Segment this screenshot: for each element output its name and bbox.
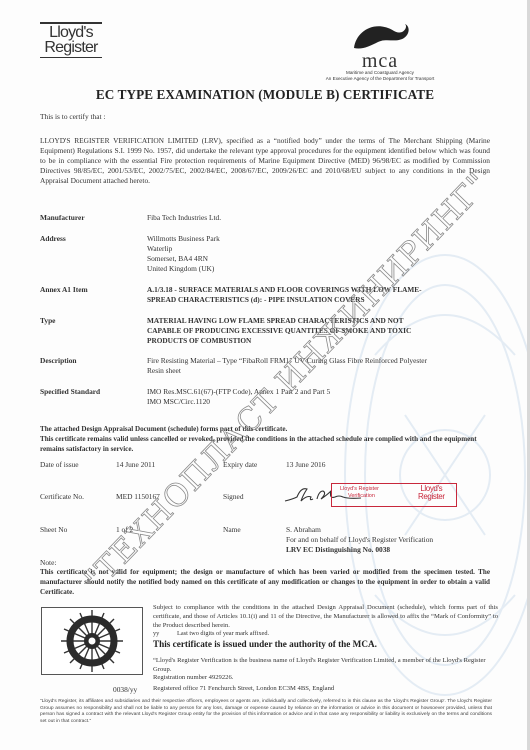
annex-label: Annex A1 Item (40, 285, 88, 294)
expiry-date-label: Expiry date (223, 460, 257, 469)
authority-statement: This certificate is issued under the aut… (153, 639, 377, 649)
intro-paragraph: LLOYD'S REGISTER VERIFICATION LIMITED (L… (40, 136, 490, 186)
manufacturer-value: Fiba Tech Industries Ltd. (147, 213, 497, 223)
mca-logo: mca Maritime and Coastguard Agency An Ex… (300, 20, 460, 82)
address-value: Willmotts Business Park Waterlip Somerse… (147, 234, 497, 274)
certificate-title: EC TYPE EXAMINATION (MODULE B) CERTIFICA… (0, 87, 530, 103)
registration-number: Registration number 4929226. (153, 674, 233, 681)
name-label: Name (223, 525, 241, 534)
yy-label: yy (153, 630, 159, 637)
expiry-date-value: 13 June 2016 (286, 460, 325, 469)
signature-and-stamp: Lloyd's Register Verification Lloyd's Re… (283, 481, 458, 511)
disclaimer: “Lloyd's Register, its affiliates and su… (40, 699, 492, 725)
stamp-logo: Lloyd's Register (418, 485, 445, 501)
note-label: Note: (40, 558, 56, 567)
registered-office: Registered office 71 Fenchurch Street, L… (153, 685, 334, 692)
address-label: Address (40, 234, 66, 243)
description-label: Description (40, 356, 77, 365)
mark-code: 0038/yy (113, 685, 137, 694)
standard-value: IMO Res.MSC.61(67)-(FTP Code), Annex 1 P… (147, 387, 497, 407)
yy-description: Last two digits of year mark affixed. (177, 630, 269, 637)
certify-line: This is to certify that : (40, 112, 105, 122)
certificate-no-label: Certificate No. (40, 492, 84, 501)
lloyds-stamp: Lloyd's Register Verification Lloyd's Re… (331, 483, 457, 507)
ships-wheel-icon (42, 608, 142, 674)
compliance-text: Subject to compliance with the condition… (153, 603, 498, 630)
mca-wave-icon (350, 20, 410, 52)
type-value: MATERIAL HAVING LOW FLAME SPREAD CHARACT… (147, 316, 497, 346)
lrv-business-name: “Lloyd's Register Verification is the bu… (153, 656, 498, 674)
signatory-block: S. Abraham For and on behalf of Lloyd's … (286, 525, 433, 555)
annex-value: A.1/3.18 - SURFACE MATERIALS AND FLOOR C… (147, 285, 497, 305)
date-of-issue-label: Date of issue (40, 460, 79, 469)
validity-statement: The attached Design Appraisal Document (… (40, 424, 495, 454)
sheet-no-label: Sheet No (40, 525, 67, 534)
sheet-no-value: 1 of 2 (116, 525, 133, 534)
certificate-page: Lloyd's Register mca Maritime and Coastg… (0, 0, 530, 750)
lloyds-register-logo: Lloyd's Register (40, 22, 102, 58)
mark-of-conformity (41, 607, 143, 675)
date-of-issue-value: 14 June 2011 (116, 460, 155, 469)
manufacturer-label: Manufacturer (40, 213, 85, 222)
note-text: This certificate is not valid for equipm… (40, 567, 490, 597)
signed-label: Signed (223, 492, 244, 501)
type-label: Type (40, 316, 55, 325)
standard-label: Specified Standard (40, 387, 100, 396)
certificate-no-value: MED 1150167 (116, 492, 160, 501)
description-value: Fire Resisting Material – Type “FibaRoll… (147, 356, 497, 376)
